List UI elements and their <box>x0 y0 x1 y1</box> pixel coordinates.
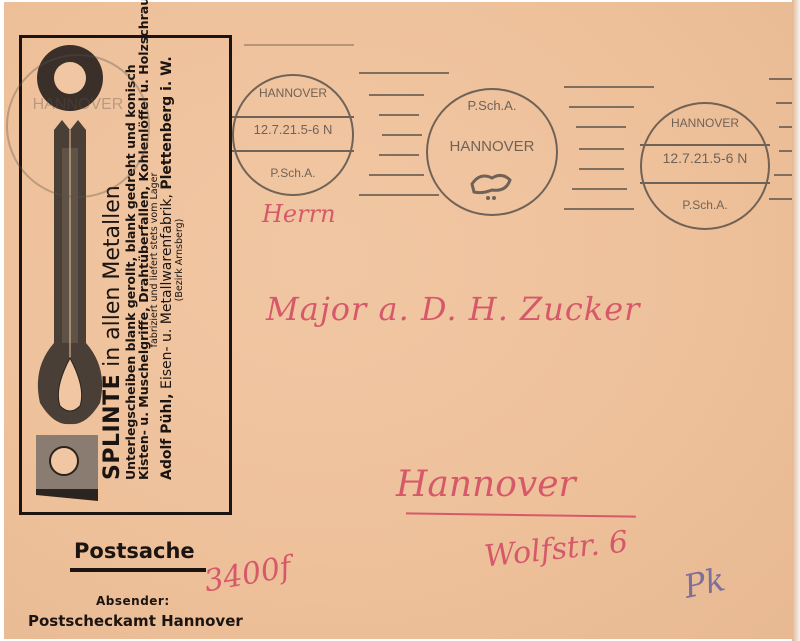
scan-edge <box>792 0 800 641</box>
postsache-underline <box>70 568 206 572</box>
square-washer-illustration-icon <box>34 433 100 503</box>
address-name: Major a. D. H. Zucker <box>266 290 640 328</box>
address-street: Wolfstr. 6 <box>483 525 630 575</box>
ad-headline-bold: SPLINTE <box>100 374 125 480</box>
pencil-initials: Pk <box>680 560 728 606</box>
address-city-underline <box>406 512 636 517</box>
postsache-label: Postsache <box>74 539 195 563</box>
envelope: SPLINTE in allen Metallen Unterlegscheib… <box>4 2 792 639</box>
address-salutation: Herrn <box>262 200 336 228</box>
address-city: Hannover <box>396 464 576 505</box>
sender-name: Postscheckamt Hannover <box>28 612 243 630</box>
reference-number: 3400f <box>202 550 294 600</box>
absender-label: Absender: <box>96 594 170 608</box>
cancellation-lines <box>4 2 792 242</box>
ad-company: Adolf Pühl, <box>159 393 175 480</box>
